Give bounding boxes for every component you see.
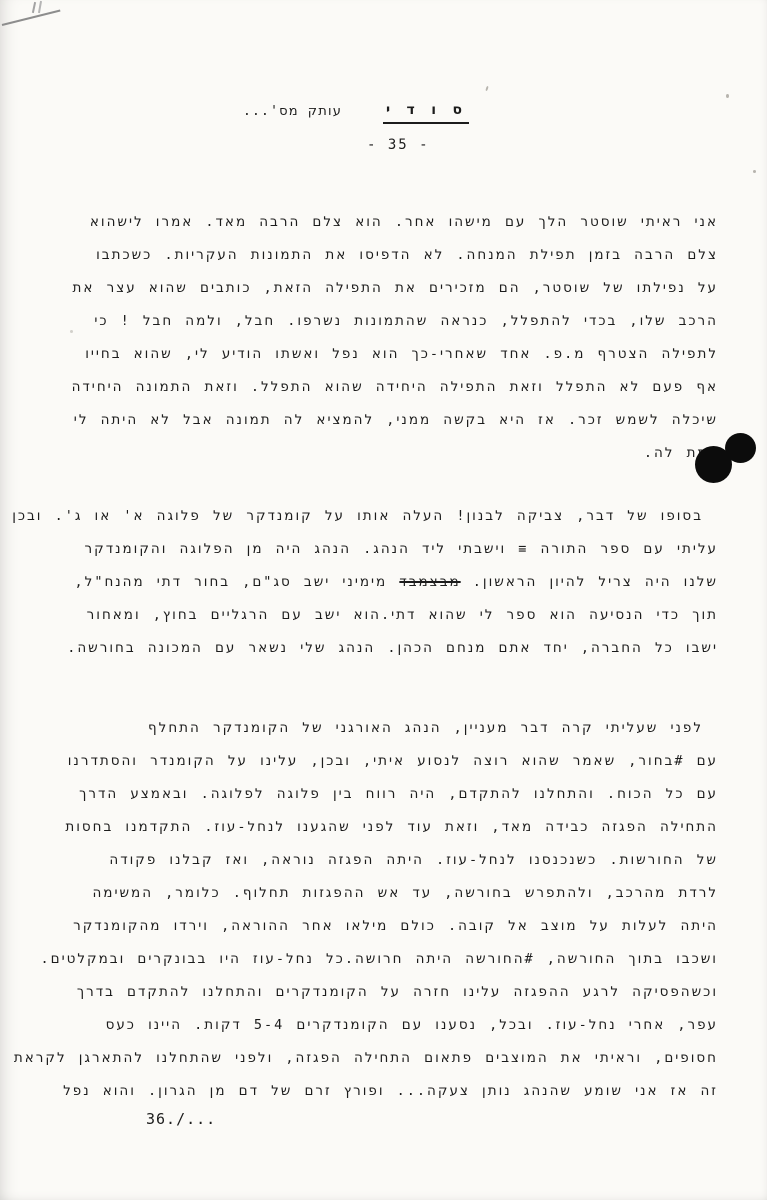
text-segment: על נפילתו של שוסטר, הם מזכירים את התפילה…: [73, 280, 718, 296]
scan-speck: [753, 170, 756, 173]
text-segment: אף פעם לא התפלל וזאת התפילה היחידה שהוא …: [72, 379, 718, 395]
paragraph-1: אני ראיתי שוסטר הלך עם מישהו אחר. הוא צל…: [85, 206, 718, 470]
text-segment: שלנו היה צריל להיון הראשון.: [461, 574, 718, 590]
text-line: בסופו של דבר, צביקה לבנון! העלה אותו על …: [85, 500, 718, 533]
classification-stamp: ס ו ד י: [383, 102, 469, 124]
paragraph-2: בסופו של דבר, צביקה לבנון! העלה אותו על …: [85, 500, 718, 665]
text-segment: צלם הרבה בזמן תפילת המנחה. לא הדפיסו את …: [96, 247, 718, 263]
paragraph-3: לפני שעליתי קרה דבר מעניין, הנהג האורגני…: [85, 712, 718, 1108]
text-segment: לתפילה הצטרף מ.פ. אחד שאחרי-כך הוא נפל ו…: [85, 346, 718, 362]
text-line: לתפילה הצטרף מ.פ. אחד שאחרי-כך הוא נפל ו…: [85, 338, 718, 371]
text-segment: עם #בחור, שאמר שהוא רוצה לנסוע איתי, ובכ…: [68, 753, 718, 769]
scan-speck: [726, 94, 729, 98]
text-segment: עם כל הכוח. והתחלנו להתקדם, היה רווח בין…: [79, 786, 718, 802]
text-line: התחילה הפגזה כבידה מאד, וזאת עוד לפני שה…: [85, 811, 718, 844]
text-segment: ישבו כל החברה, יחד אתם מנחם הכהן. הנהג ש…: [67, 640, 718, 656]
text-segment: התחילה הפגזה כבידה מאד, וזאת עוד לפני שה…: [65, 819, 718, 835]
text-line: לתת לה.: [85, 437, 718, 470]
text-line: שיכלה לשמש זכר. אז היא בקשה ממני, להמציא…: [85, 404, 718, 437]
text-line: ישבו כל החברה, יחד אתם מנחם הכהן. הנהג ש…: [85, 632, 718, 665]
text-segment: וכשהפסיקה לרגע ההפגזה עלינו חזרה על הקומ…: [77, 984, 718, 1000]
text-line: עם כל הכוח. והתחלנו להתקדם, היה רווח בין…: [85, 778, 718, 811]
text-line: עליתי עם ספר התורה ≡ וישבתי ליד הנהג. הנ…: [85, 533, 718, 566]
text-line: אני ראיתי שוסטר הלך עם מישהו אחר. הוא צל…: [85, 206, 718, 239]
text-line: של החורשות. כשנכנסנו לנחל-עוז. היתה הפגז…: [85, 844, 718, 877]
text-segment: אני ראיתי שוסטר הלך עם מישהו אחר. הוא צל…: [90, 214, 718, 230]
document-body: אני ראיתי שוסטר הלך עם מישהו אחר. הוא צל…: [85, 206, 718, 1108]
text-line: זה אז אני שומע שהנהג נותן צעקה... ופורץ …: [85, 1075, 718, 1108]
text-line: אף פעם לא התפלל וזאת התפילה היחידה שהוא …: [85, 371, 718, 404]
text-segment: בסופו של דבר, צביקה לבנון! העלה אותו על …: [12, 508, 703, 524]
text-line: תוך כדי הנסיעה הוא ספר לי שהוא דתי.הוא י…: [85, 599, 718, 632]
text-segment: הרכב שלו, בכדי להתפלל, כנראה שהתמונות נש…: [94, 313, 718, 329]
text-segment: עליתי עם ספר התורה ≡ וישבתי ליד הנהג. הנ…: [85, 541, 718, 557]
text-segment: מימיני ישב סג"ם, בחור דתי מהנח"ל,: [75, 574, 400, 590]
text-segment: שיכלה לשמש זכר. אז היא בקשה ממני, להמציא…: [74, 412, 718, 428]
text-line: ושכבו בתוך החורשה, #החורשה היתה חרושה.כל…: [85, 943, 718, 976]
text-segment: של החורשות. כשנכנסנו לנחל-עוז. היתה הפגז…: [109, 852, 718, 868]
text-line: חסופים, וראיתי את המוצבים פתאום התחילה ה…: [85, 1042, 718, 1075]
copy-number-label: עותק מס'...: [243, 104, 342, 119]
scanned-page: עותק מס'... ס ו ד י - 35 - אני ראיתי שוס…: [0, 0, 767, 1200]
text-line: לרדת מהרכב, ולהתפרש בחורשה, עד אש ההפגזו…: [85, 877, 718, 910]
text-line: לפני שעליתי קרה דבר מעניין, הנהג האורגני…: [85, 712, 718, 745]
text-segment: חסופים, וראיתי את המוצבים פתאום התחילה ה…: [14, 1050, 718, 1066]
text-line: עם #בחור, שאמר שהוא רוצה לנסוע איתי, ובכ…: [85, 745, 718, 778]
text-line: שלנו היה צריל להיון הראשון. מבצמבד מימינ…: [85, 566, 718, 599]
text-segment: עפר, אחרי נחל-עוז. ובכל, נסענו עם הקומנד…: [106, 1017, 718, 1033]
text-line: הרכב שלו, בכדי להתפלל, כנראה שהתמונות נש…: [85, 305, 718, 338]
text-line: עפר, אחרי נחל-עוז. ובכל, נסענו עם הקומנד…: [85, 1009, 718, 1042]
text-segment: לפני שעליתי קרה דבר מעניין, הנהג האורגני…: [148, 720, 703, 736]
pen-tick: [38, 1, 42, 13]
pen-tick: [32, 2, 36, 13]
text-segment: זה אז אני שומע שהנהג נותן צעקה... ופורץ …: [63, 1083, 718, 1099]
scan-speck: [70, 330, 73, 333]
text-line: על נפילתו של שוסטר, הם מזכירים את התפילה…: [85, 272, 718, 305]
text-line: וכשהפסיקה לרגע ההפגזה עלינו חזרה על הקומ…: [85, 976, 718, 1009]
ink-blot: [725, 433, 756, 463]
scan-speck: [485, 86, 488, 91]
text-segment: ושכבו בתוך החורשה, #החורשה היתה חרושה.כל…: [41, 951, 718, 967]
text-segment: תוך כדי הנסיעה הוא ספר לי שהוא דתי.הוא י…: [87, 607, 718, 623]
corner-pen-mark: [0, 0, 90, 40]
text-segment: היתה לעלות על מוצב אל קובה. כולם מילאו א…: [73, 918, 718, 934]
struck-text: מבצמבד: [399, 574, 460, 590]
page-number: - 35 -: [367, 137, 430, 153]
text-segment: לרדת מהרכב, ולהתפרש בחורשה, עד אש ההפגזו…: [92, 885, 718, 901]
text-line: היתה לעלות על מוצב אל קובה. כולם מילאו א…: [85, 910, 718, 943]
text-line: צלם הרבה בזמן תפילת המנחה. לא הדפיסו את …: [85, 239, 718, 272]
continuation-mark: 36./...: [146, 1110, 216, 1128]
